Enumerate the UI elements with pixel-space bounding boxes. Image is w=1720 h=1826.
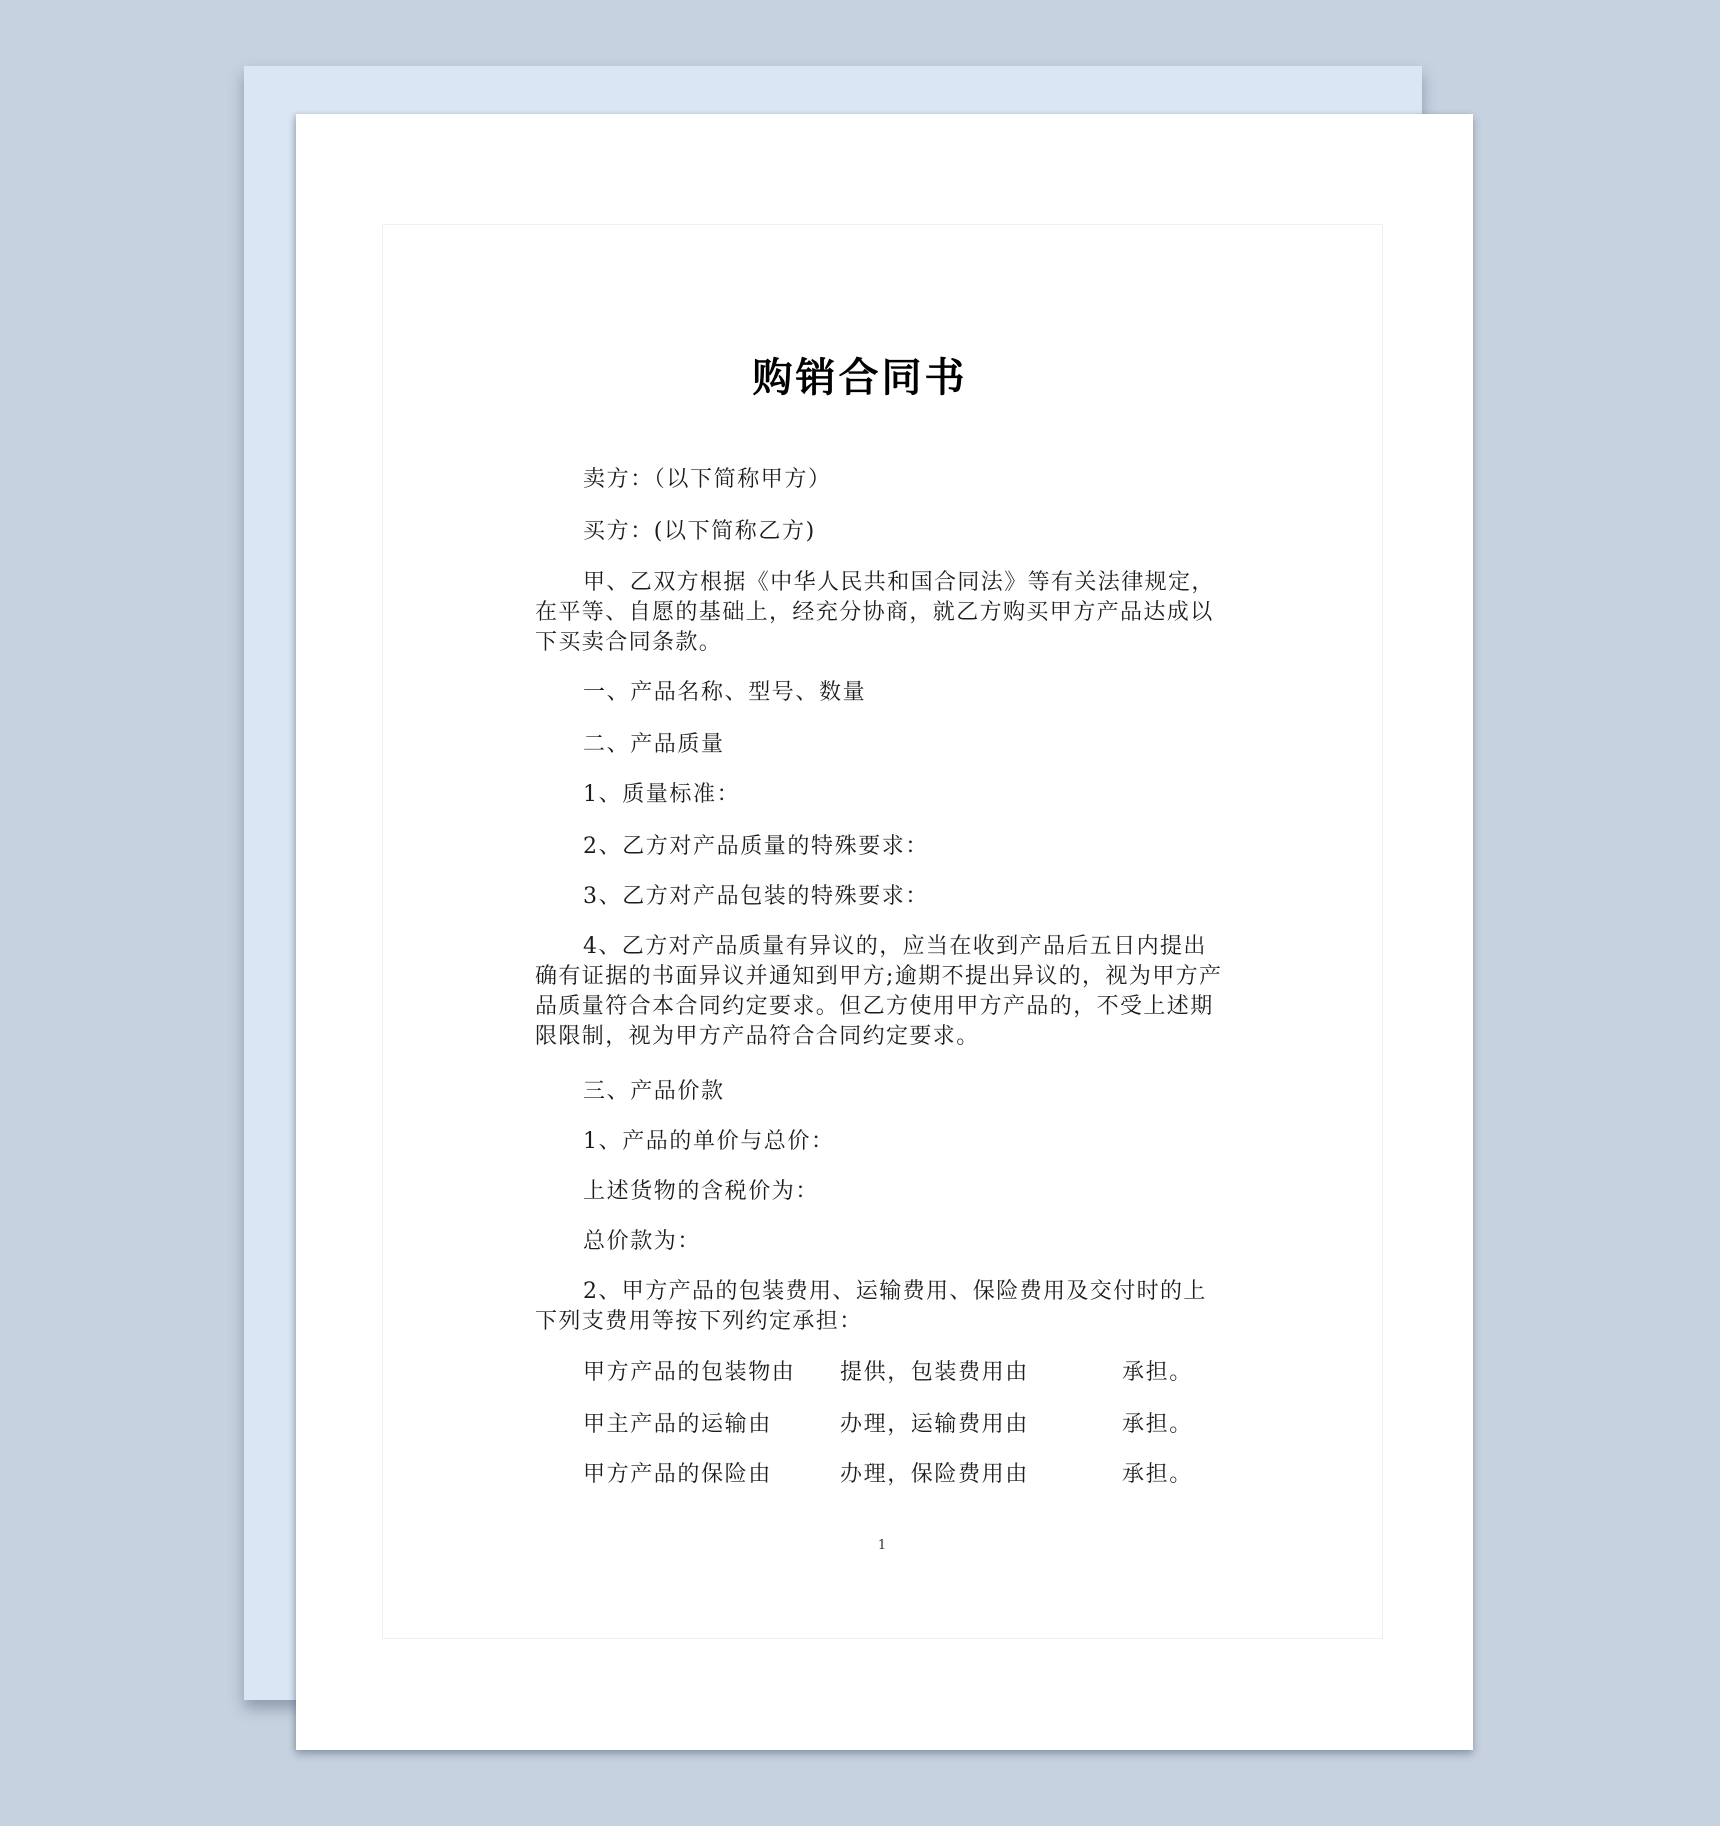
quality-item-2: 2、乙方对产品质量的特殊要求： (583, 832, 929, 862)
document-title: 购销合同书 (0, 356, 1720, 400)
cost-row-col2: 办理，保险费用由 (840, 1460, 1029, 1490)
seller-line: 卖方：（以下简称甲方） (583, 465, 832, 495)
cost-row-col3: 承担。 (1122, 1460, 1193, 1490)
cost-row-col1: 甲主产品的运输由 (583, 1410, 772, 1440)
cost-row-col3: 承担。 (1122, 1410, 1193, 1440)
quality-item-3: 3、乙方对产品包装的特殊要求： (583, 882, 929, 912)
price-item-1: 1、产品的单价与总价： (583, 1127, 835, 1157)
cost-row-col1: 甲方产品的包装物由 (583, 1358, 795, 1388)
page-number: 1 (876, 1538, 888, 1554)
cost-row-col3: 承担。 (1122, 1358, 1193, 1388)
price-item-tax-price: 上述货物的含税价为： (583, 1177, 819, 1207)
section-heading-1: 一、产品名称、型号、数量 (583, 678, 866, 708)
price-item-2-paragraph: 2、甲方产品的包装费用、运输费用、保险费用及交付时的上下列支费用等按下列约定承担… (535, 1277, 1225, 1337)
section-heading-3: 三、产品价款 (583, 1077, 725, 1107)
cost-row-col2: 提供，包装费用由 (840, 1358, 1029, 1388)
section-heading-2: 二、产品质量 (583, 730, 725, 760)
cost-row-col1: 甲方产品的保险由 (583, 1460, 772, 1490)
quality-item-1: 1、质量标准： (583, 780, 740, 810)
intro-paragraph: 甲、乙双方根据《中华人民共和国合同法》等有关法律规定，在平等、自愿的基础上，经充… (535, 568, 1225, 658)
buyer-line: 买方：(以下简称乙方) (583, 517, 816, 547)
price-item-total: 总价款为： (583, 1227, 701, 1257)
cost-row-col2: 办理，运输费用由 (840, 1410, 1029, 1440)
quality-item-4-paragraph: 4、乙方对产品质量有异议的，应当在收到产品后五日内提出确有证据的书面异议并通知到… (535, 932, 1225, 1052)
